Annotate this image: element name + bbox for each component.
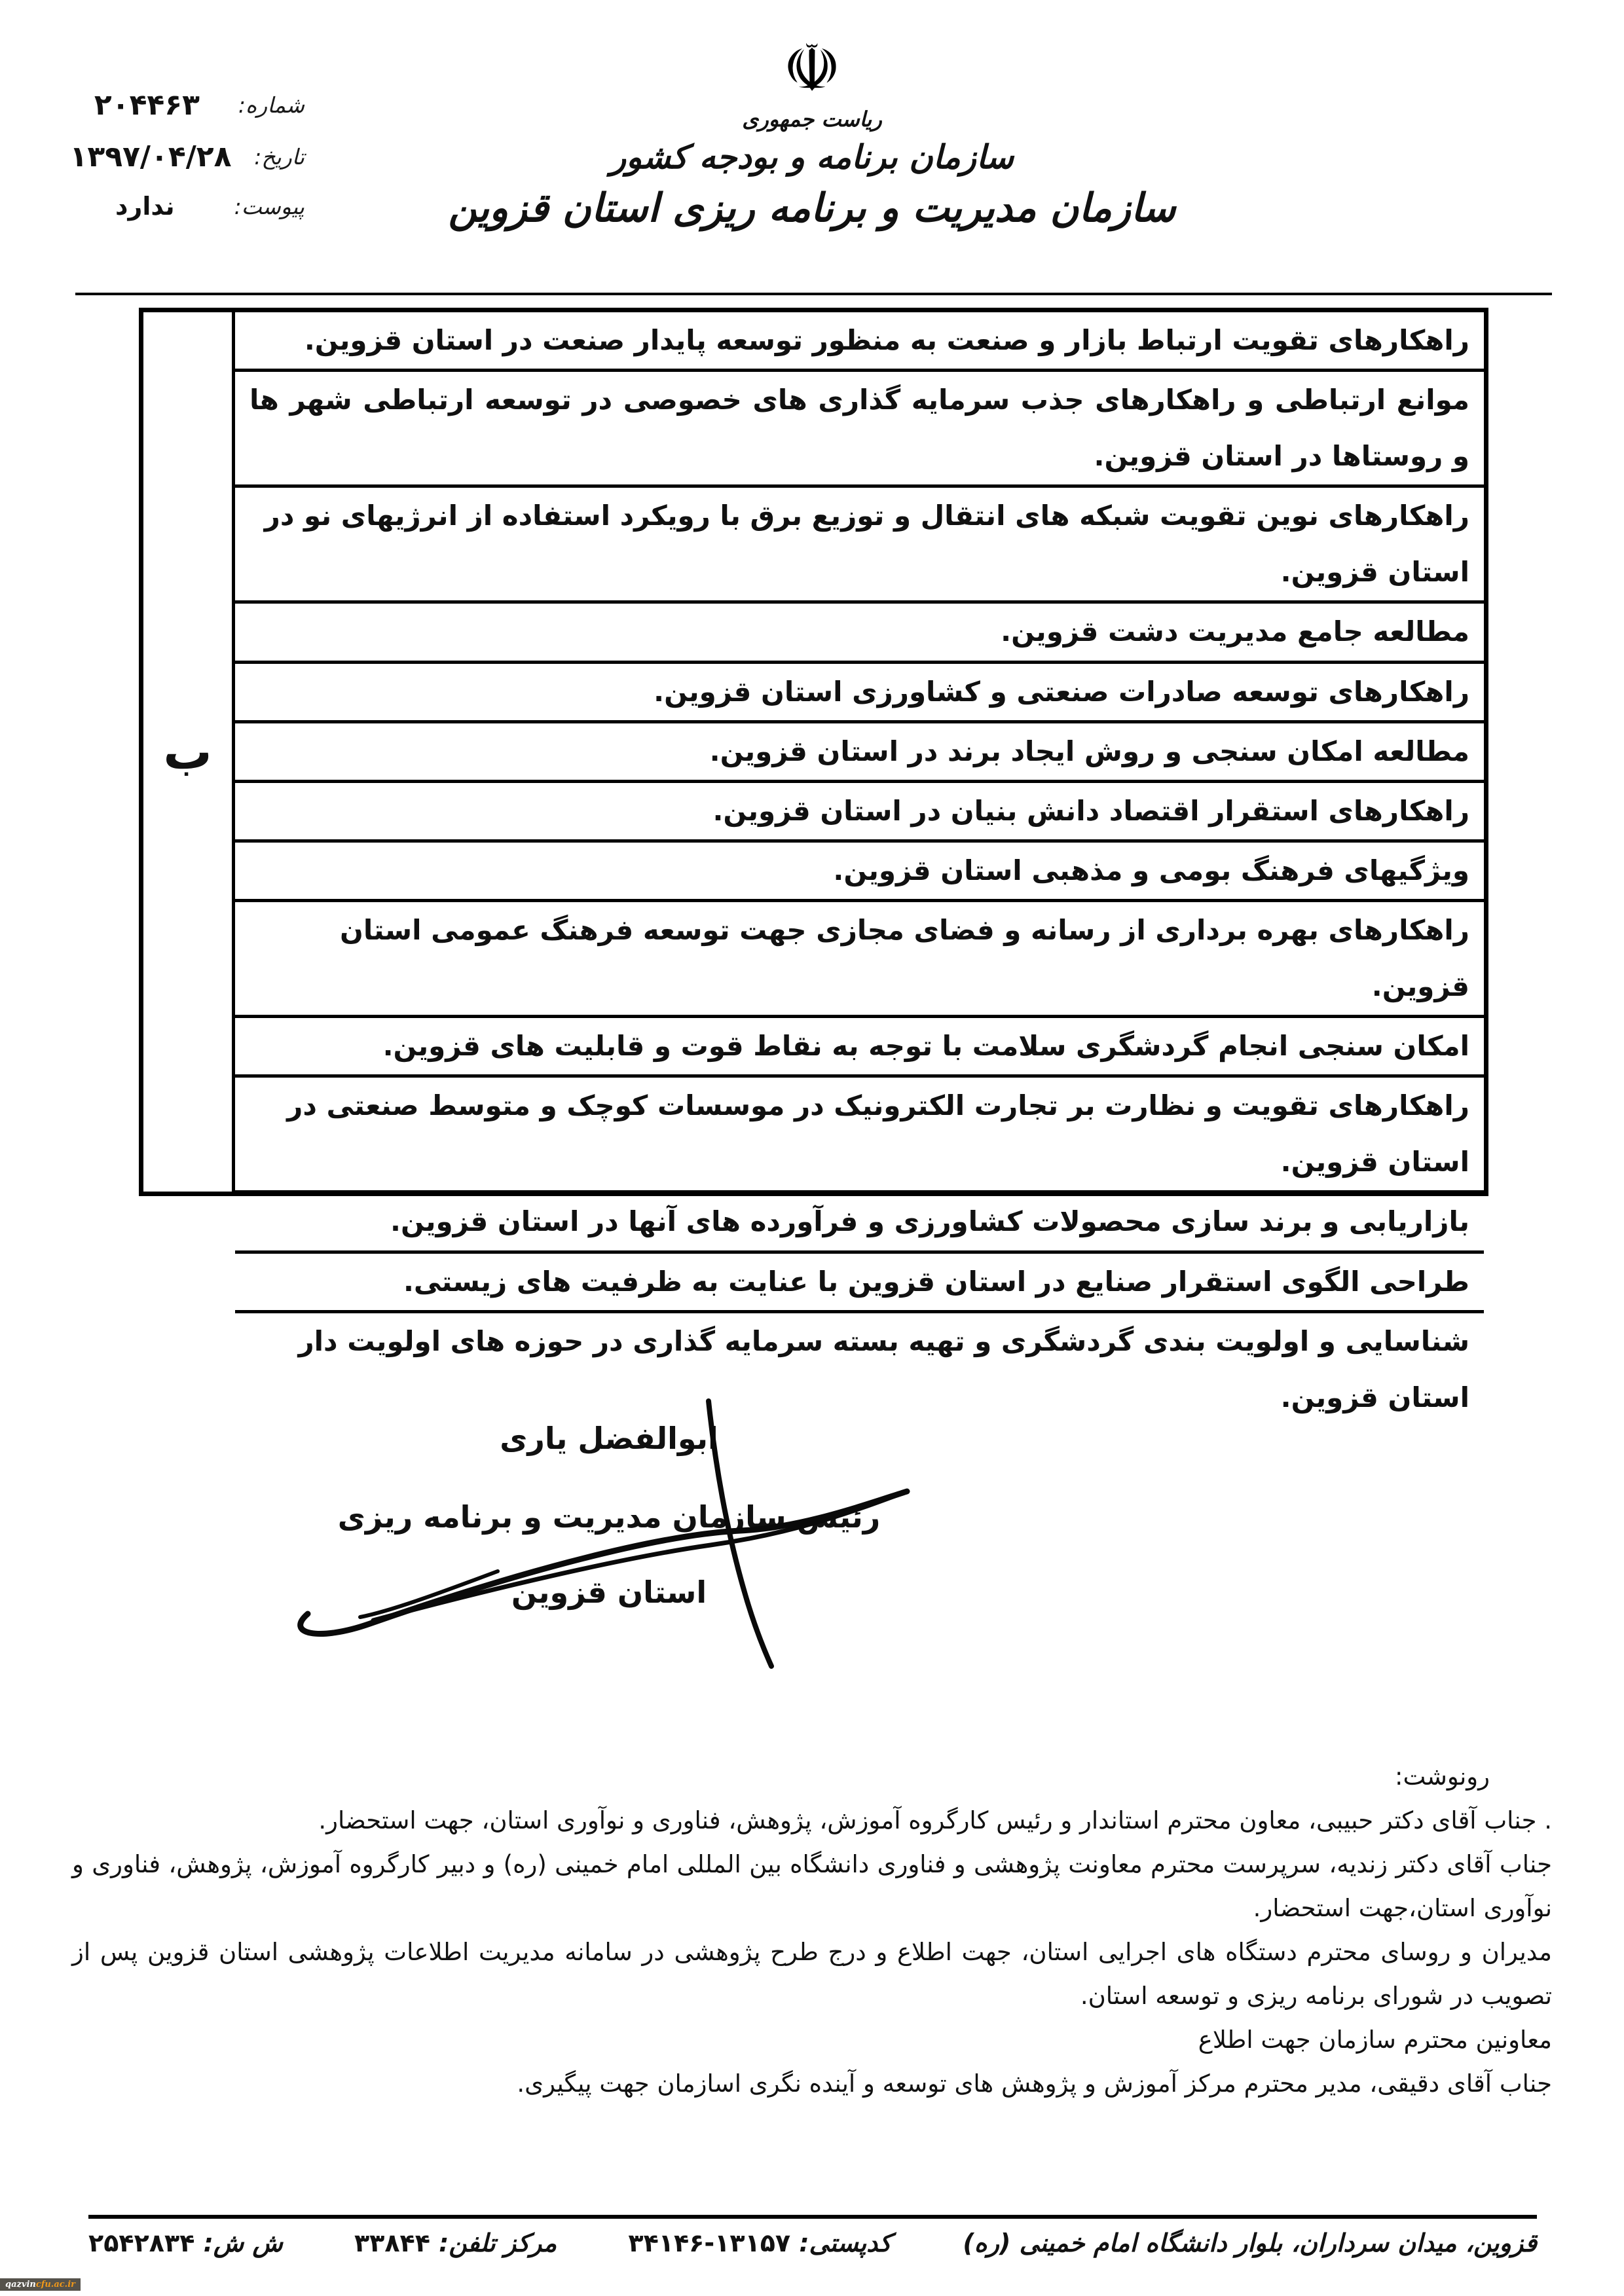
footer-phone-label: مرکز تلفن: [439,2229,557,2257]
cc-heading: رونوشت: [72,1755,1490,1798]
table-row: بازاریابی و برند سازی محصولات کشاورزی و … [235,1194,1484,1253]
cc-section: رونوشت: . جناب آقای دکتر حبیبی، معاون مح… [72,1755,1552,2105]
watermark-site-name: qazvin [5,2280,36,2289]
footer-serial-label: ش ش: [204,2229,283,2257]
table-row: راهکارهای توسعه صادرات صنعتی و کشاورزی ا… [235,664,1484,723]
group-cell: ب [143,312,235,1192]
letterhead-pbo: سازمان برنامه و بودجه کشور [610,138,1014,176]
table-row: موانع ارتباطی و راهکارهای جذب سرمایه گذا… [235,372,1484,488]
cc-item: جناب آقای دقیقی، مدیر محترم مرکز آموزش و… [72,2062,1552,2105]
signature-block: ابوالفضل یاری رئیس سازمان مدیریت و برنام… [282,1394,936,1669]
table-row: راهکارهای تقویت ارتباط بازار و صنعت به م… [235,312,1484,372]
topics-column: راهکارهای تقویت ارتباط بازار و صنعت به م… [235,312,1484,1192]
footer-phone-value: ۳۳۸۴۴ [354,2229,430,2257]
handwritten-signature [282,1394,936,1669]
table-row: راهکارهای استقرار اقتصاد دانش بنیان در ا… [235,783,1484,843]
cc-item: . جناب آقای دکتر حبیبی، معاون محترم استا… [72,1798,1552,1842]
watermark-site-domain: cfu.ac.ir [36,2280,75,2289]
research-topics-table: راهکارهای تقویت ارتباط بازار و صنعت به م… [139,308,1488,1196]
footer-address: قزوین، میدان سرداران، بلوار دانشگاه امام… [963,2229,1537,2257]
table-row: راهکارهای بهره برداری از رسانه و فضای مج… [235,902,1484,1018]
footer-postal-value: ۳۴۱۴۶-۱۳۱۵۷ [628,2229,790,2257]
table-row: ویژگیهای فرهنگ بومی و مذهبی استان قزوین. [235,843,1484,902]
footer: قزوین، میدان سرداران، بلوار دانشگاه امام… [88,2229,1537,2257]
table-row: راهکارهای نوین تقویت شبکه های انتقال و ت… [235,488,1484,604]
cc-item: معاونین محترم سازمان جهت اطلاع [72,2018,1552,2062]
footer-postal: کدپستی: ۳۴۱۴۶-۱۳۱۵۷ [628,2229,891,2257]
cc-item: مدیران و روسای محترم دستگاه های اجرایی ا… [72,1930,1552,2018]
letterhead-org-qazvin: سازمان مدیریت و برنامه ریزی استان قزوین [449,185,1176,231]
footer-divider [88,2215,1537,2219]
table-row: راهکارهای تقویت و نظارت بر تجارت الکترون… [235,1078,1484,1194]
footer-postal-label: کدپستی: [799,2229,891,2257]
table-row: امکان سنجی انجام گردشگری سلامت با توجه ب… [235,1018,1484,1078]
footer-serial-value: ۲۵۴۲۸۳۴ [88,2229,194,2257]
scanned-letter-page: شماره: ۲۰۴۴۶۳ تاریخ: ۱۳۹۷/۰۴/۲۸ پیوست: ن… [0,0,1624,2296]
letterhead: ☫ ریاست جمهوری سازمان برنامه و بودجه کشو… [0,36,1624,231]
group-label-be: ب [163,724,212,780]
table-row: مطالعه امکان سنجی و روش ایجاد برند در اس… [235,723,1484,783]
footer-serial: ش ش: ۲۵۴۲۸۳۴ [88,2229,283,2257]
footer-phone: مرکز تلفن: ۳۳۸۴۴ [354,2229,557,2257]
table-row: مطالعه جامع مدیریت دشت قزوین. [235,604,1484,663]
table-row: طراحی الگوی استقرار صنایع در استان قزوین… [235,1254,1484,1313]
header-divider [75,293,1552,295]
iran-emblem-icon: ☫ [783,36,841,101]
site-watermark: qazvincfu.ac.ir [0,2278,81,2291]
letterhead-presidency: ریاست جمهوری [742,107,882,132]
cc-item: جناب آقای دکتر زندیه، سرپرست محترم معاون… [72,1842,1552,1930]
